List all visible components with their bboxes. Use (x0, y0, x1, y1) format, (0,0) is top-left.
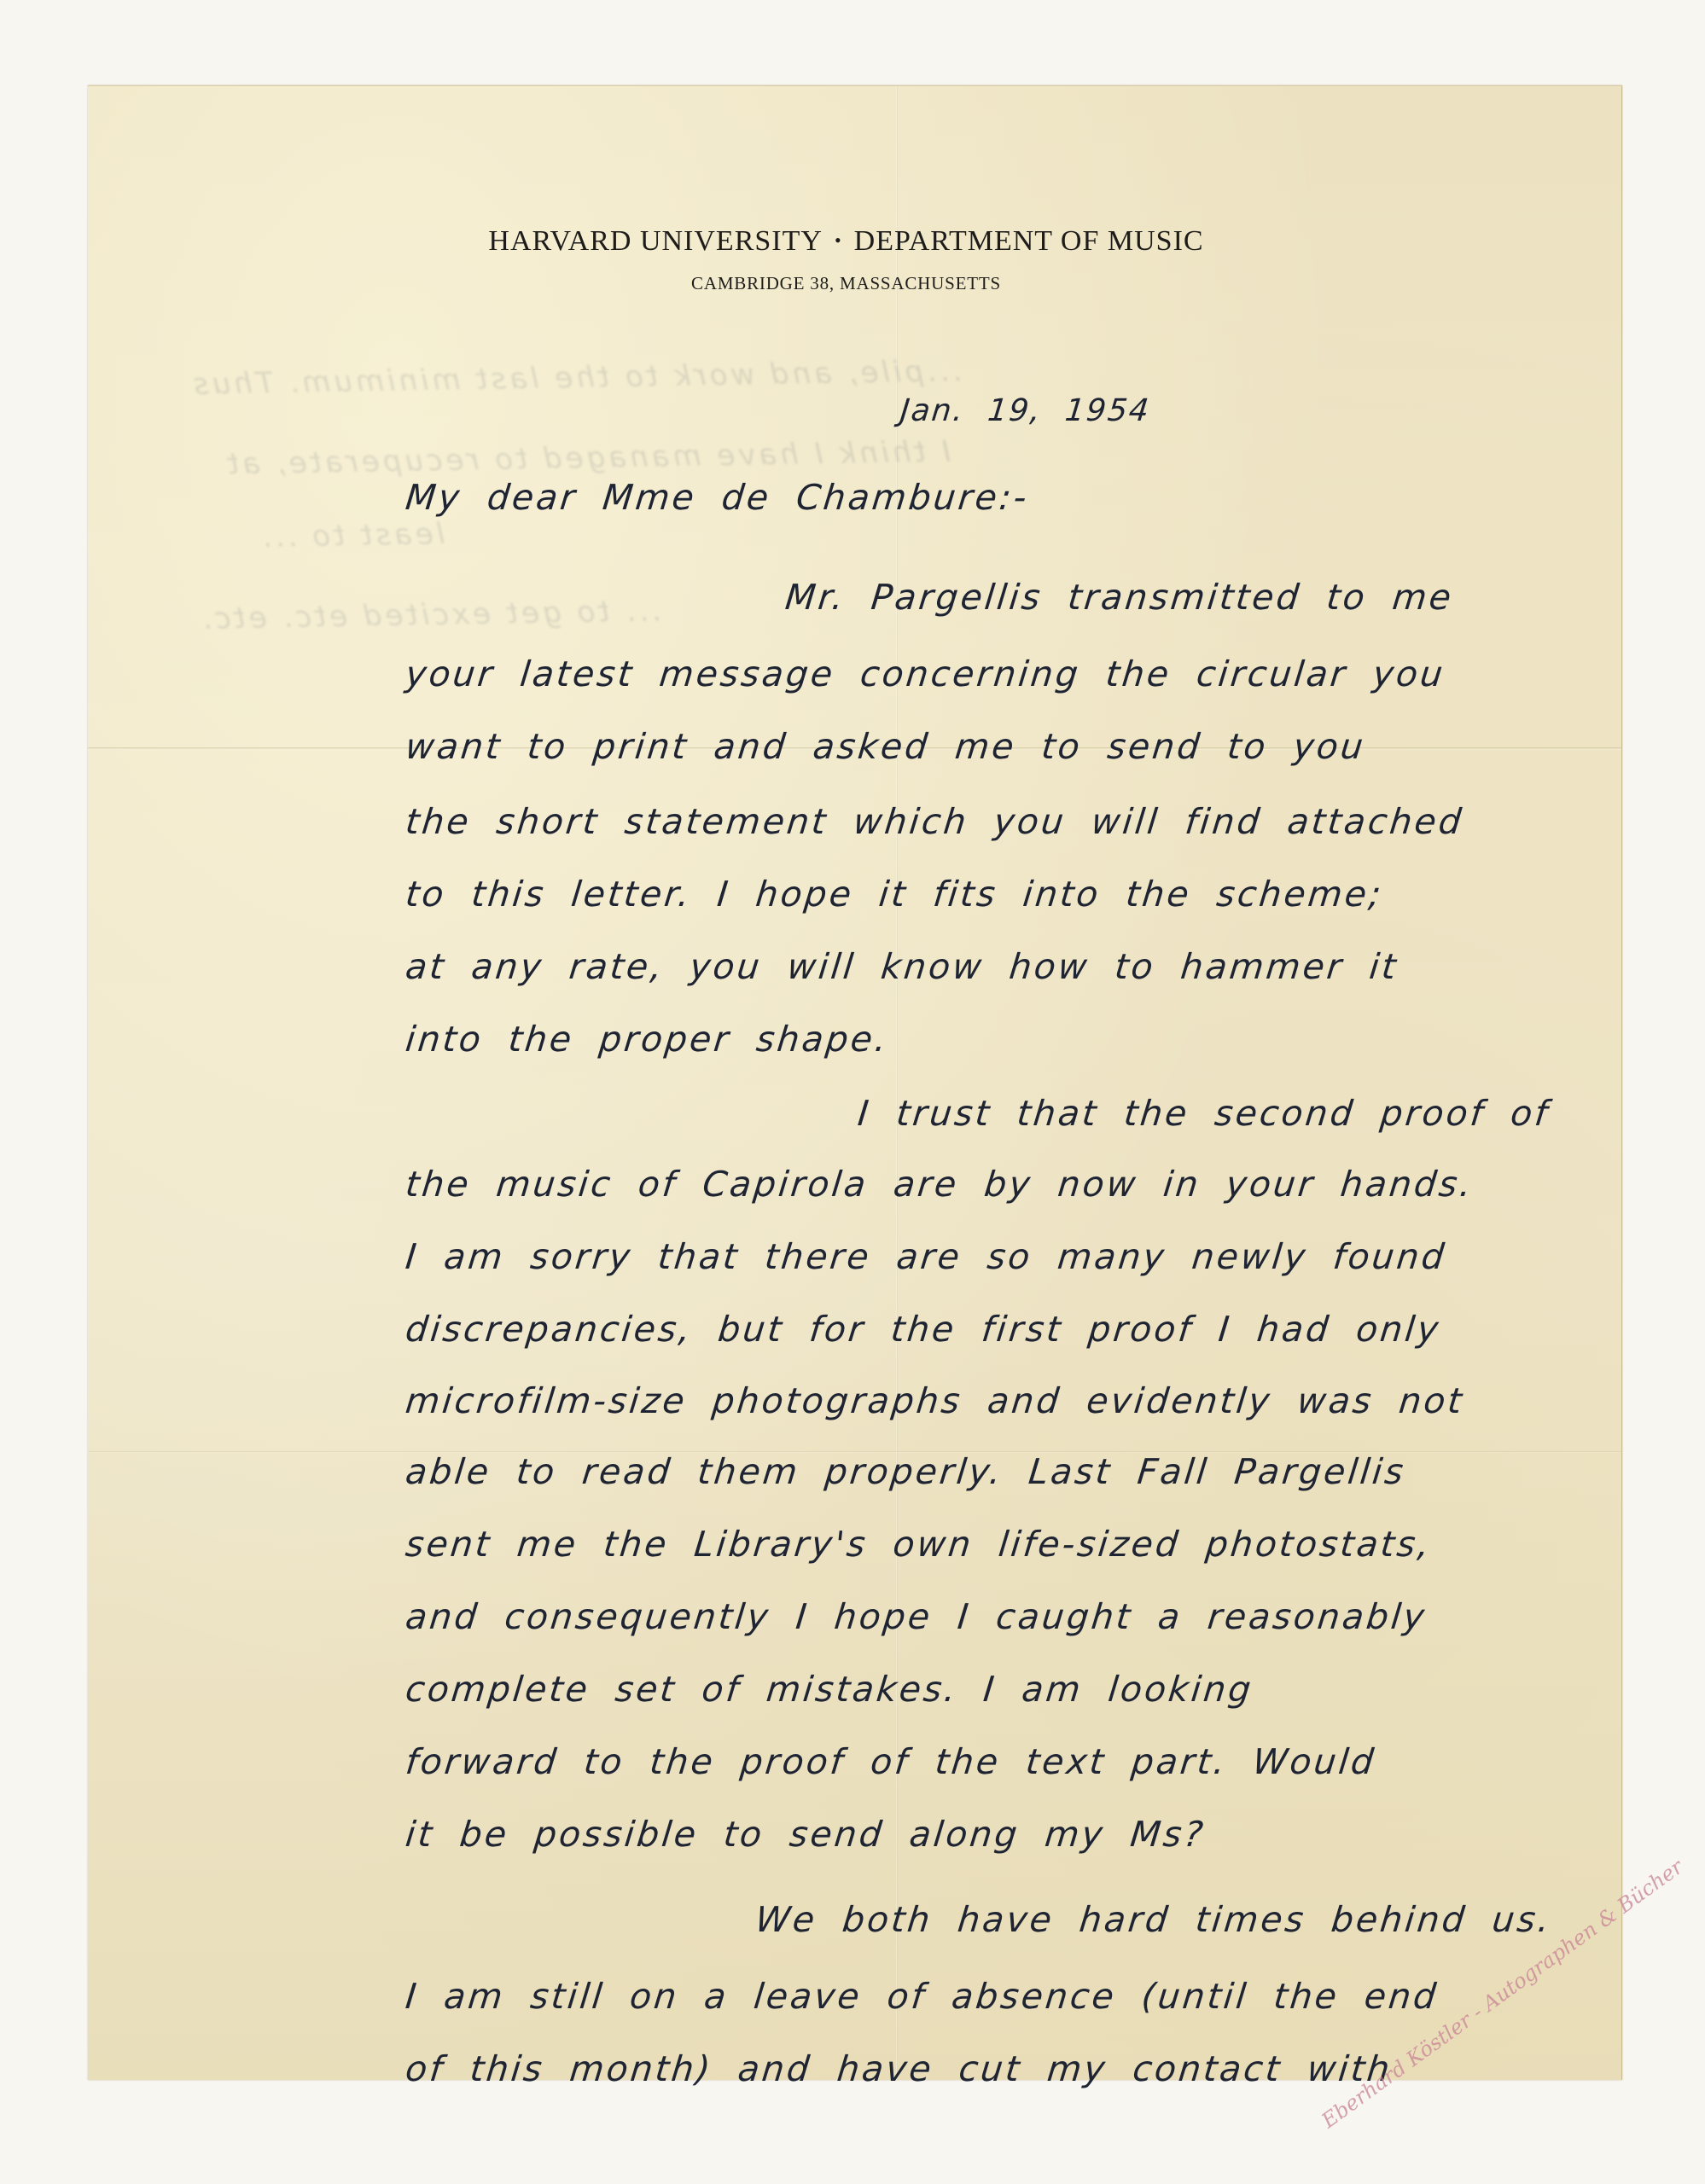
letter-line: at any rate, you will know how to hammer… (404, 946, 1400, 987)
letter-line: want to print and asked me to send to yo… (404, 726, 1368, 767)
letter-line: I am sorry that there are so many newly … (404, 1236, 1448, 1277)
letter-line: the music of Capirola are by now in your… (404, 1164, 1475, 1205)
letter-line: sent me the Library's own life-sized pho… (404, 1524, 1434, 1565)
bullet-separator-icon: • (835, 229, 842, 252)
bleed-through-text: least to ... (259, 517, 445, 555)
letter-line: discrepancies, but for the first proof I… (404, 1309, 1443, 1350)
letter-line: I trust that the second proof of (856, 1093, 1551, 1134)
letter-date: Jan. 19, 1954 (899, 393, 1152, 428)
letter-line: it be possible to send along my Ms? (404, 1814, 1207, 1855)
bleed-through-text: ... to get excited etc. etc. (199, 594, 661, 636)
letter-line: to this letter. I hope it fits into the … (404, 874, 1385, 915)
letter-line: microfilm-size photographs and evidently… (404, 1380, 1466, 1421)
salutation: My dear Mme de Chambure:- (404, 477, 1031, 518)
letter-line: the short statement which you will find … (404, 801, 1465, 842)
letter-line: Mr. Pargellis transmitted to me (783, 577, 1456, 618)
letter-line: complete set of mistakes. I am looking (404, 1669, 1255, 1710)
bleed-through-text: ...pile, and work to the last minimum. T… (190, 354, 962, 402)
letter-paper: ...pile, and work to the last minimum. T… (88, 85, 1622, 2080)
letter-line: able to read them properly. Last Fall Pa… (404, 1451, 1408, 1492)
bleed-through-text: I think I have managed to recuperate, at (224, 435, 951, 482)
letter-line: your latest message concerning the circu… (404, 653, 1447, 694)
letter-line: and consequently I hope I caught a reaso… (404, 1596, 1429, 1637)
letter-line: into the proper shape. (404, 1019, 891, 1060)
institution-name: HARVARD UNIVERSITY (488, 225, 823, 257)
letter-line: forward to the proof of the text part. W… (404, 1741, 1378, 1782)
letter-line: of this month) and have cut my contact w… (404, 2048, 1394, 2089)
letterhead-address: CAMBRIDGE 38, MASSACHUSETTS (79, 273, 1613, 294)
letter-line: We both have hard times behind us. (754, 1899, 1554, 1940)
letterhead-title: HARVARD UNIVERSITY•DEPARTMENT OF MUSIC (79, 225, 1613, 258)
department-name: DEPARTMENT OF MUSIC (854, 225, 1204, 257)
letterhead: HARVARD UNIVERSITY•DEPARTMENT OF MUSIC C… (88, 225, 1621, 294)
letter-line: I am still on a leave of absence (until … (404, 1976, 1440, 2017)
